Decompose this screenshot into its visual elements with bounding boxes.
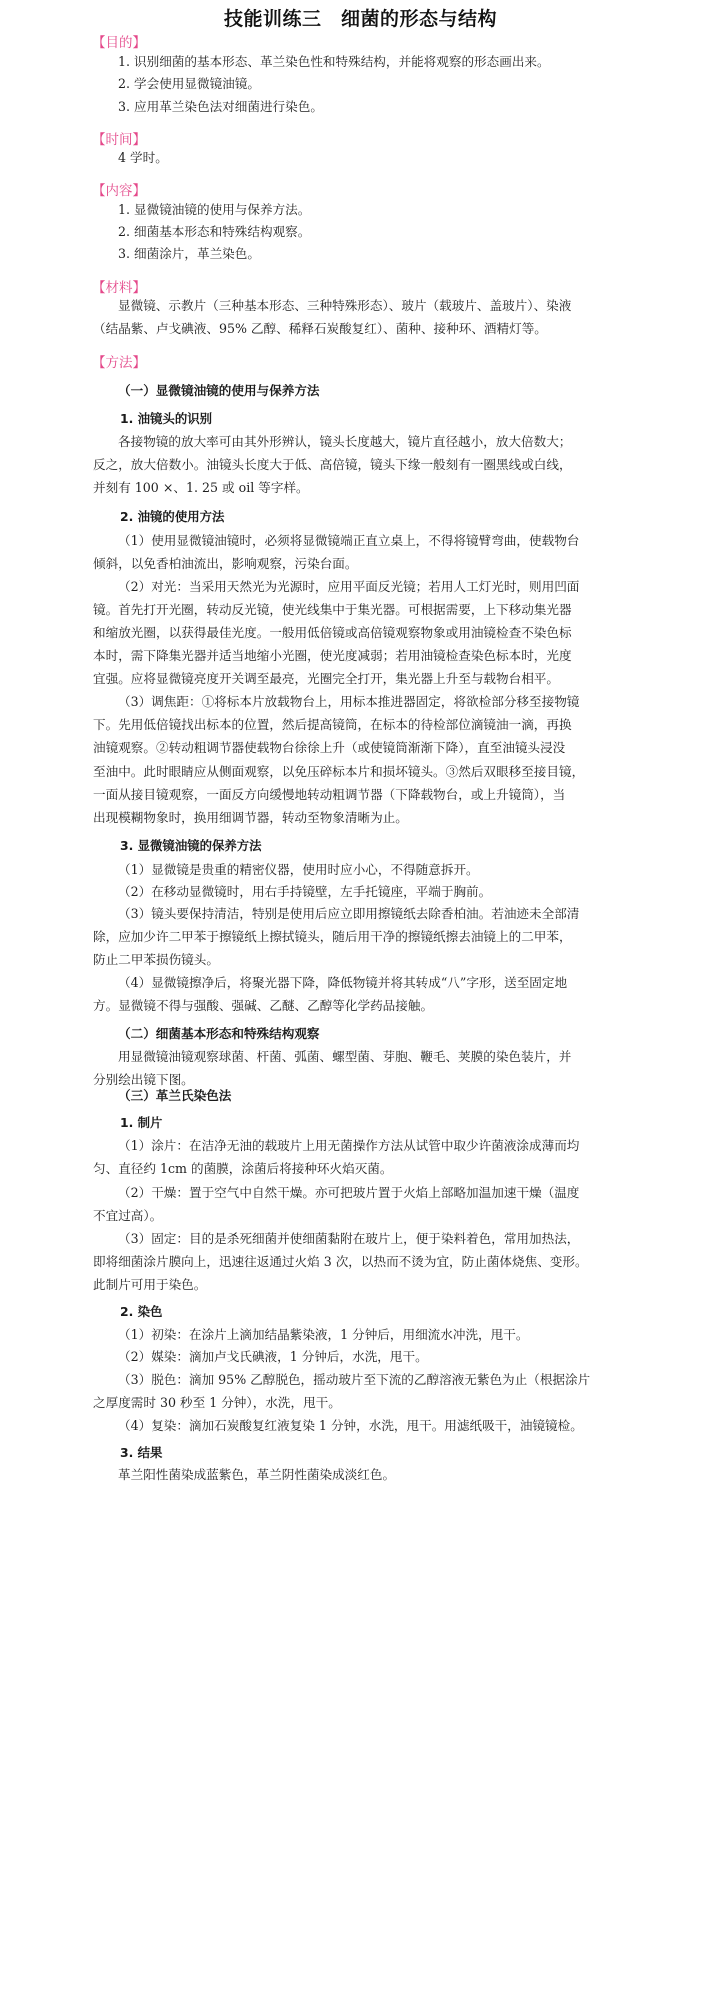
paragraph-line: 此制片可用于染色。 (93, 1277, 206, 1293)
purpose-item: 3. 应用革兰染色法对细菌进行染色。 (118, 99, 323, 115)
paragraph-line: 倾斜，以免香柏油流出，影响观察，污染台面。 (93, 556, 357, 572)
paragraph-line: 油镜观察。②转动粗调节器使载物台徐徐上升（或使镜筒渐渐下降），直至油镜头浸没 (93, 740, 565, 756)
paragraph-line: 不宜过高）。 (93, 1208, 162, 1224)
section-label-method: 【方法】 (92, 351, 146, 371)
materials-line: （结晶紫、卢戈碘液、95% 乙醇、稀释石炭酸复红）、菌种、接种环、酒精灯等。 (93, 321, 547, 337)
paragraph-line: （3）脱色：滴加 95% 乙醇脱色，摇动玻片至下流的乙醇溶液无紫色为止（根据涂片 (118, 1372, 590, 1388)
paragraph-line: （1）涂片：在洁净无油的载玻片上用无菌操作方法从试管中取少许菌液涂成薄而均 (118, 1138, 579, 1154)
paragraph-line: 本时，需下降集光器并适当地缩小光圈，使光度减弱；若用油镜检查染色标本时，光度 (93, 648, 572, 664)
paragraph-line: 除，应加少许二甲苯于擦镜纸上擦拭镜头，随后用干净的擦镜纸擦去油镜上的二甲苯， (93, 929, 572, 945)
paragraph-line: （3）镜头要保持清洁，特别是使用后应立即用擦镜纸去除香柏油。若油迹未全部清 (118, 906, 579, 922)
paragraph-line: 用显微镜油镜观察球菌、杆菌、弧菌、螺型菌、芽胞、鞭毛、荚膜的染色装片，并 (118, 1049, 571, 1065)
paragraph-line: 防止二甲苯损伤镜头。 (93, 952, 219, 968)
purpose-item: 2. 学会使用显微镜油镜。 (118, 76, 260, 92)
paragraph-line: 反之，放大倍数小。油镜头长度大于低、高倍镜，镜头下缘一般刻有一圈黑线或白线， (93, 457, 572, 473)
paragraph-line: （2）在移动显微镜时，用右手持镜壁，左手托镜座，平端于胸前。 (118, 884, 491, 900)
page-title: 技能训练三 细菌的形态与结构 (0, 4, 721, 31)
paragraph-line: 即将细菌涂片膜向上，迅速往返通过火焰 3 次，以热而不烫为宜，防止菌体烧焦、变形… (93, 1254, 588, 1270)
section-label-materials: 【材料】 (92, 276, 146, 296)
paragraph-line: （1）显微镜是贵重的精密仪器，使用时应小心，不得随意拆开。 (118, 862, 479, 878)
paragraph-line: 革兰阳性菌染成蓝紫色，革兰阴性菌染成淡红色。 (118, 1467, 395, 1483)
method-part3-sub1-heading: 1. 制片 (120, 1113, 162, 1131)
materials-line: 显微镜、示教片（三种基本形态、三种特殊形态）、玻片（载玻片、盖玻片）、染液 (118, 298, 571, 314)
method-part1-sub1-heading: 1. 油镜头的识别 (120, 409, 212, 427)
paragraph-line: （2）干燥：置于空气中自然干燥。亦可把玻片置于火焰上部略加温加速干燥（温度 (118, 1185, 579, 1201)
section-label-purpose: 【目的】 (92, 31, 146, 51)
method-part1-sub2-heading: 2. 油镜的使用方法 (120, 507, 224, 525)
paragraph-line: （2）对光：当采用天然光为光源时，应用平面反光镜；若用人工灯光时，则用凹面 (118, 579, 579, 595)
paragraph-line: 镜。首先打开光圈，转动反光镜，使光线集中于集光器。可根据需要，上下移动集光器 (93, 602, 572, 618)
section-label-time: 【时间】 (92, 128, 146, 148)
content-item: 2. 细菌基本形态和特殊结构观察。 (118, 224, 310, 240)
method-part3-sub3-heading: 3. 结果 (120, 1443, 162, 1461)
method-part2-heading: （二）细菌基本形态和特殊结构观察 (118, 1023, 320, 1042)
time-text: 4 学时。 (118, 150, 168, 166)
paragraph-line: 至油中。此时眼睛应从侧面观察，以免压碎标本片和损坏镜头。③然后双眼移至接目镜， (93, 764, 584, 780)
purpose-item: 1. 识别细菌的基本形态、革兰染色性和特殊结构，并能将观察的形态画出来。 (118, 54, 550, 70)
paragraph-line: 出现模糊物象时，换用细调节器，转动至物象清晰为止。 (93, 810, 408, 826)
paragraph-line: （3）调焦距：①将标本片放载物台上，用标本推进器固定，将欲检部分移至接物镜 (118, 694, 579, 710)
section-label-content: 【内容】 (92, 179, 146, 199)
paragraph-line: （4）复染：滴加石炭酸复红液复染 1 分钟，水洗，甩干。用滤纸吸干，油镜镜检。 (118, 1418, 583, 1434)
paragraph-line: （1）初染：在涂片上滴加结晶紫染液，1 分钟后，用细流水冲洗，甩干。 (118, 1327, 528, 1343)
content-item: 1. 显微镜油镜的使用与保养方法。 (118, 202, 310, 218)
paragraph-line: （4）显微镜擦净后，将聚光器下降，降低物镜并将其转成“八”字形，送至固定地 (118, 975, 567, 991)
paragraph-line: （1）使用显微镜油镜时，必须将显微镜端正直立桌上，不得将镜臂弯曲，使载物台 (118, 533, 579, 549)
method-part3-heading: （三）革兰氏染色法 (118, 1085, 231, 1104)
method-part1-sub3-heading: 3. 显微镜油镜的保养方法 (120, 836, 262, 854)
paragraph-line: 各接物镜的放大率可由其外形辨认，镜头长度越大，镜片直径越小，放大倍数大； (118, 434, 571, 450)
paragraph-line: （2）媒染：滴加卢戈氏碘液，1 分钟后，水洗，甩干。 (118, 1349, 428, 1365)
paragraph-line: 下。先用低倍镜找出标本的位置，然后提高镜筒，在标本的待检部位滴镜油一滴，再换 (93, 717, 572, 733)
paragraph-line: 之厚度需时 30 秒至 1 分钟），水洗，甩干。 (93, 1395, 341, 1411)
paragraph-line: 方。显微镜不得与强酸、强碱、乙醚、乙醇等化学药品接触。 (93, 998, 433, 1014)
paragraph-line: 匀、直径约 1cm 的菌膜，涂菌后将接种环火焰灭菌。 (93, 1161, 392, 1177)
paragraph-line: （3）固定：目的是杀死细菌并使细菌黏附在玻片上，便于染料着色，常用加热法， (118, 1231, 579, 1247)
method-part1-heading: （一）显微镜油镜的使用与保养方法 (118, 380, 320, 399)
paragraph-line: 并刻有 100 ×、1. 25 或 oil 等字样。 (93, 480, 309, 496)
paragraph-line: 和缩放光圈，以获得最佳光度。一般用低倍镜或高倍镜观察物象或用油镜检查不染色标 (93, 625, 572, 641)
method-part3-sub2-heading: 2. 染色 (120, 1302, 162, 1320)
paragraph-line: 一面从接目镜观察，一面反方向缓慢地转动粗调节器（下降载物台，或上升镜筒），当 (93, 787, 565, 803)
content-item: 3. 细菌涂片，革兰染色。 (118, 246, 260, 262)
paragraph-line: 宜强。应将显微镜亮度开关调至最亮，光圈完全打开，集光器上升至与载物台相平。 (93, 671, 559, 687)
